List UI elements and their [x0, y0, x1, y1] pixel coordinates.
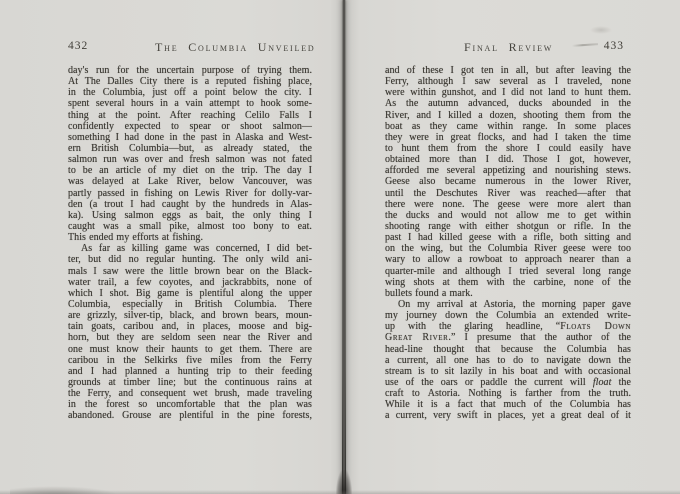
text-line: Great River.” I presume that the author … — [385, 332, 631, 343]
text-line: past I had killed geese with a rifle, bo… — [385, 232, 631, 243]
text-line: in the Columbia, just off a point below … — [68, 87, 312, 98]
text-line: ern British Columbia—but, as already sta… — [68, 143, 312, 154]
text-line: the ducks and would not allow me to get … — [385, 210, 631, 221]
text-line: wary to allow a rowboat to approach near… — [385, 254, 631, 265]
text-line: and I had planned a hunting trip to thei… — [68, 366, 312, 377]
text-line: to hunt them from the shore I could easi… — [385, 143, 631, 154]
text-line: caught was a small pike, almost too bony… — [68, 221, 312, 232]
left-text-block: day's run for the uncertain purpose of t… — [68, 65, 312, 422]
text-line: This ended my efforts at fishing. — [68, 232, 312, 243]
text-line: At The Dalles City there is a reputed fi… — [68, 76, 312, 87]
text-line: River, and I killed a dozen, shooting th… — [385, 110, 631, 121]
text-line: up with the glaring headline, “Floats Do… — [385, 321, 631, 332]
text-line: obtained more than I did. Those I got, h… — [385, 154, 631, 165]
binding-crease-line — [343, 0, 345, 494]
text-line: abandoned. Grouse are plentiful in the p… — [68, 410, 312, 421]
right-text-block: and of these I got ten in all, but after… — [385, 65, 631, 422]
text-line: until the Deschutes River was reached—af… — [385, 188, 631, 199]
text-line: my journey down the Columbia an extended… — [385, 310, 631, 321]
text-line: afforded me several appetizing and nouri… — [385, 165, 631, 176]
text-line: day's run for the uncertain purpose of t… — [68, 65, 312, 76]
text-line: tain goats, caribou and, in places, moos… — [68, 321, 312, 332]
text-line: den (a trout I had caught by the hundred… — [68, 199, 312, 210]
text-line: on the wing, but the Columbia River gees… — [385, 243, 631, 254]
left-page: 432 The Columbia Unveiled day's run for … — [0, 0, 344, 494]
text-line: Ferry, although I saw several as I trave… — [385, 76, 631, 87]
text-line: caribou in the Selkirks five miles from … — [68, 355, 312, 366]
text-line: confidently expected to spear or shoot s… — [68, 121, 312, 132]
text-line: shooting range with either shotgun or ri… — [385, 221, 631, 232]
text-line: a current, all one has to do to navigate… — [385, 355, 631, 366]
text-line: stream is to sit lazily in his boat and … — [385, 366, 631, 377]
text-line: water trail, a few coyotes, and jackrabb… — [68, 277, 312, 288]
faint-smudge-mark — [590, 26, 612, 34]
text-line: mals I saw were the little brown bear on… — [68, 266, 312, 277]
left-running-head: 432 The Columbia Unveiled — [0, 40, 344, 54]
book-spread: 432 The Columbia Unveiled day's run for … — [0, 0, 680, 494]
text-line: craft to Astoria. Nothing is farther fro… — [385, 388, 631, 399]
text-line: they were in great flocks, and had I tak… — [385, 132, 631, 143]
text-line: there were none. The geese were more ale… — [385, 199, 631, 210]
text-line: spent several hours in a vain attempt to… — [68, 98, 312, 109]
text-line: the Ferry, and consequent wet brush, mad… — [68, 388, 312, 399]
text-line: salmon run was over and fresh salmon was… — [68, 154, 312, 165]
text-line: Columbia, especially in British Columbia… — [68, 299, 312, 310]
text-line: and of these I got ten in all, but after… — [385, 65, 631, 76]
text-line: was delayed at Lake River, below Vancouv… — [68, 176, 312, 187]
left-page-title: The Columbia Unveiled — [155, 40, 315, 55]
text-line: ter, but did no regular hunting. The onl… — [68, 254, 312, 265]
text-line: use of the oars or paddle the current wi… — [385, 377, 631, 388]
right-page-number: 433 — [604, 40, 624, 52]
text-line: Geese also became numerous in the lower … — [385, 176, 631, 187]
text-line: wing shots at them with the carbine, non… — [385, 277, 631, 288]
text-line: in the forest so uncomfortable that the … — [68, 399, 312, 410]
text-line: bullets found a mark. — [385, 288, 631, 299]
text-line: As the autumn advanced, ducks abounded i… — [385, 98, 631, 109]
text-line: On my arrival at Astoria, the morning pa… — [385, 299, 631, 310]
text-line: which I shot. Big game is plentiful alon… — [68, 288, 312, 299]
text-line: grounds at timber line; but the continuo… — [68, 377, 312, 388]
text-line: are grizzly, silver-tip, black, and brow… — [68, 310, 312, 321]
right-running-head: Final Review 433 — [346, 40, 680, 54]
page-bottom-edge-shadow — [0, 490, 680, 494]
right-page: Final Review 433 and of these I got ten … — [346, 0, 680, 494]
text-line: head-line thought that because the Colum… — [385, 344, 631, 355]
text-line: were within gunshot, and I did not land … — [385, 87, 631, 98]
text-line: a current, very swift in places, yet a g… — [385, 410, 631, 421]
left-page-number: 432 — [68, 40, 88, 52]
text-line: quarter-mile and although I tried severa… — [385, 266, 631, 277]
text-line: boat as they came within range. In some … — [385, 121, 631, 132]
text-line: to be an article of my diet on the trip.… — [68, 165, 312, 176]
text-line: ka). Using salmon eggs as bait, the only… — [68, 210, 312, 221]
text-line: something I had done in the past in Alas… — [68, 132, 312, 143]
right-page-title: Final Review — [464, 40, 553, 55]
text-line: thing at the point. After reaching Celil… — [68, 110, 312, 121]
text-line: partly passed in fishing on Lewis River … — [68, 188, 312, 199]
text-line: As far as killing game was concerned, I … — [68, 243, 312, 254]
text-line: one must know their haunts to get them. … — [68, 344, 312, 355]
text-line: While it is a fact that much of the Colu… — [385, 399, 631, 410]
text-line: horn, but they are seldom seen near the … — [68, 332, 312, 343]
